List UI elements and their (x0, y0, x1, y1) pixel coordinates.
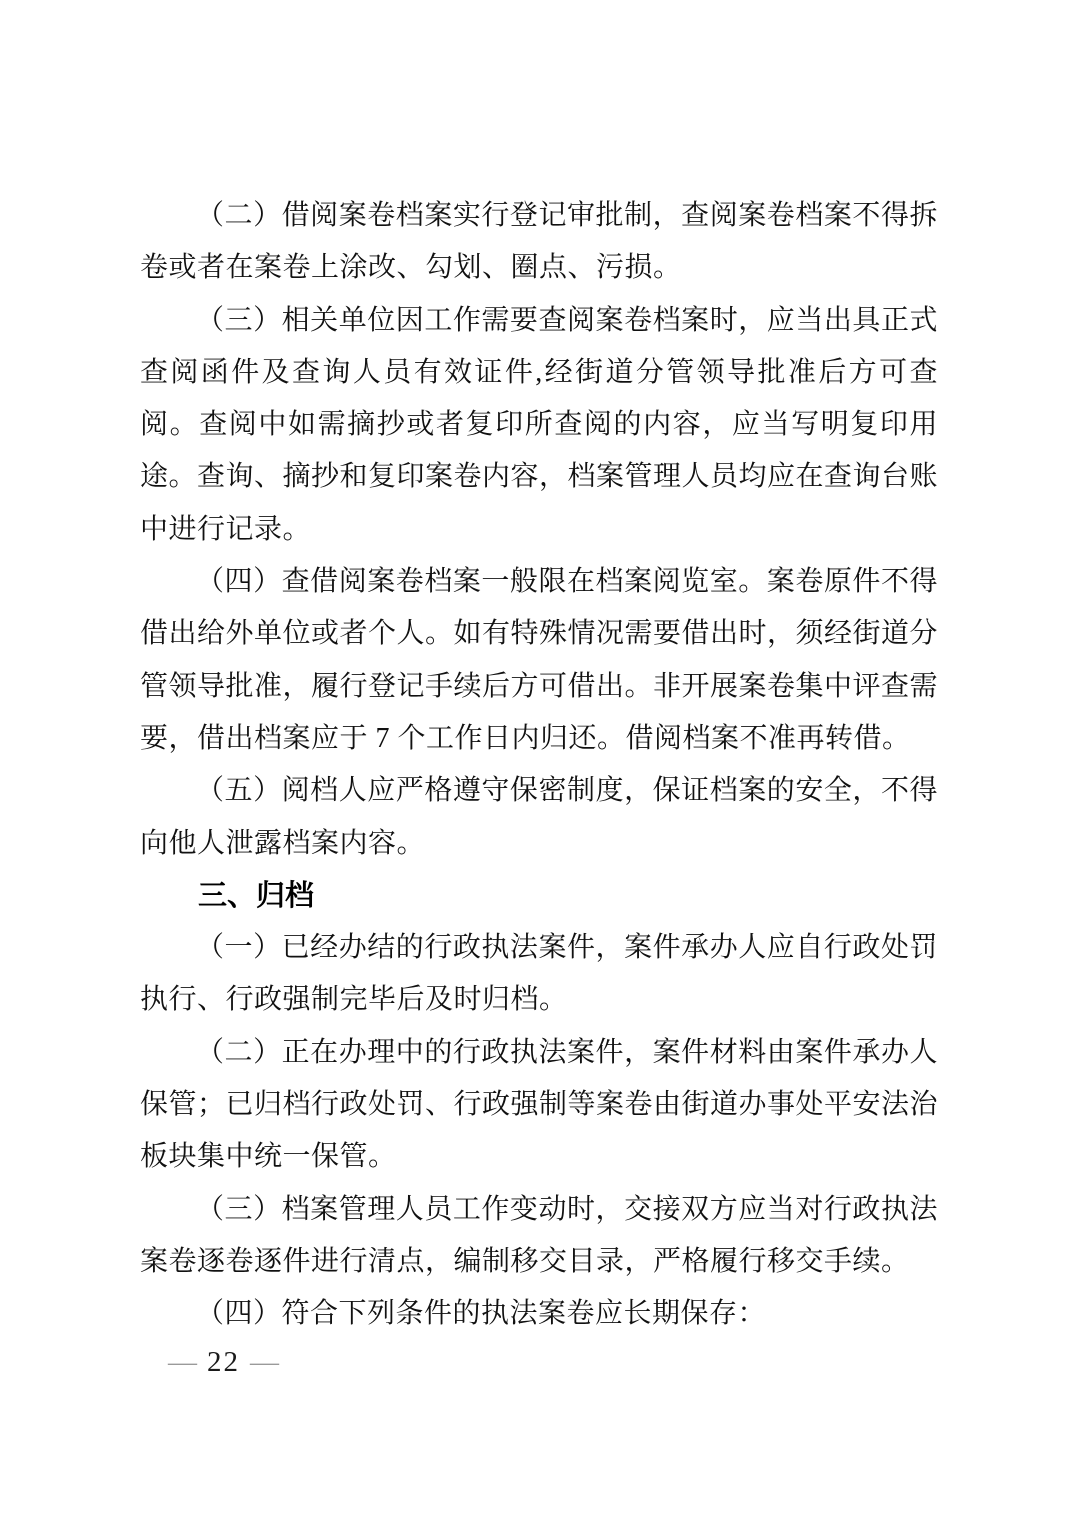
paragraph-closed-cases-filing: （一）已经办结的行政执法案件，案件承办人应自行政处罚执行、行政强制完毕后及时归档… (140, 922, 938, 1027)
document-page: （二）借阅案卷档案实行登记审批制，查阅案卷档案不得拆卷或者在案卷上涂改、勾划、圈… (0, 0, 1074, 1520)
section-heading-archiving: 三、归档 (140, 870, 938, 922)
footer-dash-right: — (240, 1346, 289, 1378)
paragraph-external-unit-review: （三）相关单位因工作需要查阅案卷档案时，应当出具正式查阅函件及查询人员有效证件,… (140, 295, 938, 556)
page-footer: —22— (158, 1342, 289, 1382)
footer-dash-left: — (158, 1346, 207, 1378)
paragraph-handover-procedure: （三）档案管理人员工作变动时，交接双方应当对行政执法案卷逐卷逐件进行清点，编制移… (140, 1184, 938, 1289)
paragraph-longterm-retention-intro: （四）符合下列条件的执法案卷应长期保存： (140, 1288, 938, 1340)
document-body: （二）借阅案卷档案实行登记审批制，查阅案卷档案不得拆卷或者在案卷上涂改、勾划、圈… (140, 190, 938, 1341)
page-number: 22 (207, 1346, 240, 1378)
paragraph-reading-room-rules: （四）查借阅案卷档案一般限在档案阅览室。案卷原件不得借出给外单位或者个人。如有特… (140, 556, 938, 765)
paragraph-borrow-registration: （二）借阅案卷档案实行登记审批制，查阅案卷档案不得拆卷或者在案卷上涂改、勾划、圈… (140, 190, 938, 295)
paragraph-ongoing-cases-custody: （二）正在办理中的行政执法案件，案件材料由案件承办人保管；已归档行政处罚、行政强… (140, 1027, 938, 1184)
paragraph-confidentiality: （五）阅档人应严格遵守保密制度，保证档案的安全，不得向他人泄露档案内容。 (140, 765, 938, 870)
